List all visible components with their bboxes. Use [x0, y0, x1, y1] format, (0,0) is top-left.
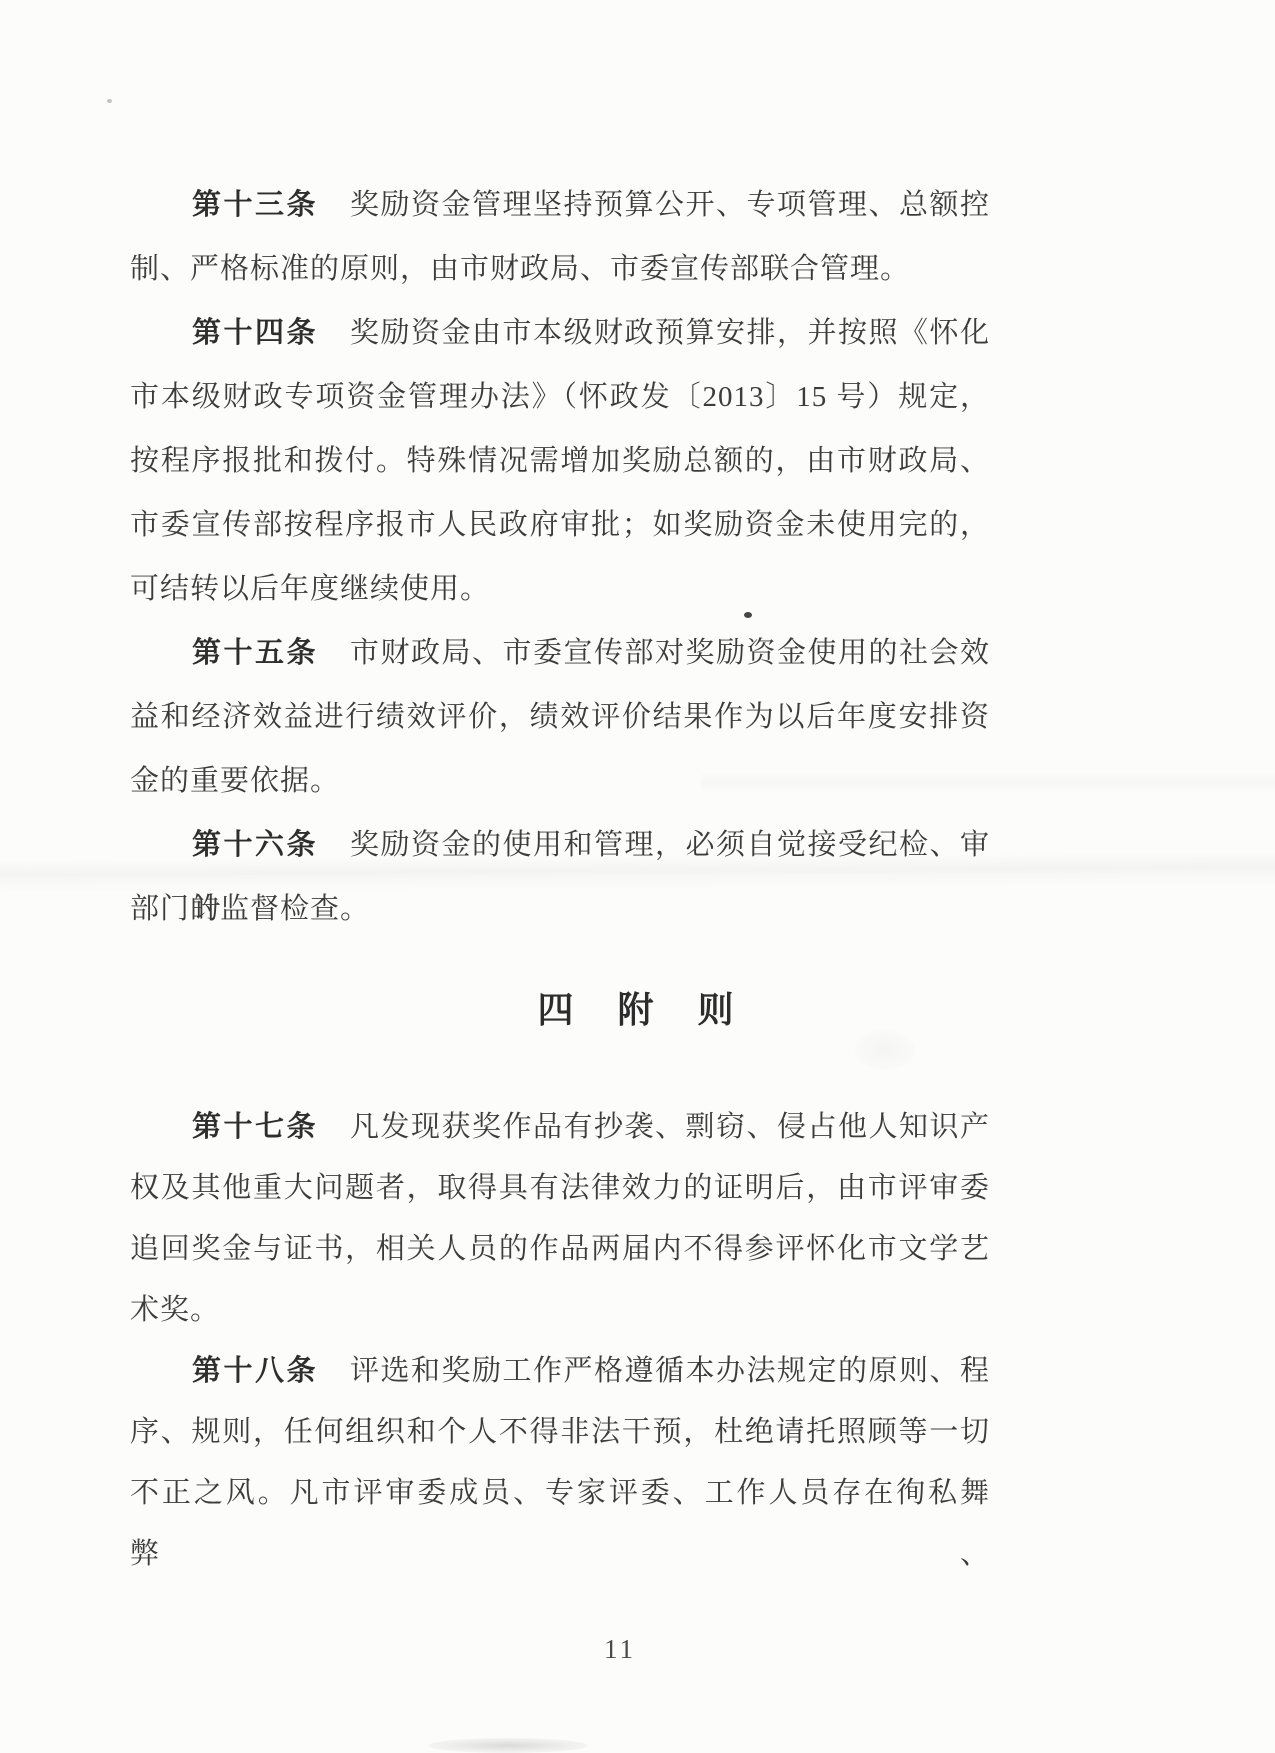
- scan-bottom-smudge: [428, 1738, 588, 1753]
- line-text: 凡发现获奖作品有抄袭、剽窃、侵占他人知识产: [350, 1111, 990, 1143]
- text-line: 第十五条市财政局、市委宣传部对奖励资金使用的社会效: [130, 621, 990, 685]
- text-line: 益和经济效益进行绩效评价，绩效评价结果作为以后年度安排资: [130, 685, 990, 749]
- scan-speck-artifact: [107, 99, 112, 103]
- line-text: 术奖。: [130, 1294, 220, 1326]
- line-text: 可结转以后年度继续使用。: [130, 573, 490, 605]
- article-number: 第十五条: [192, 637, 318, 669]
- line-text: 市委宣传部按程序报市人民政府审批；如奖励资金未使用完的，: [130, 509, 990, 541]
- body-text-upper: 第十三条奖励资金管理坚持预算公开、专项管理、总额控 制、严格标准的原则，由市财政…: [130, 173, 990, 941]
- line-text: 序、规则，任何组织和个人不得非法干预，杜绝请托照顾等一切: [130, 1416, 990, 1448]
- text-line: 市委宣传部按程序报市人民政府审批；如奖励资金未使用完的，: [130, 493, 990, 557]
- article-number: 第十四条: [192, 317, 318, 349]
- line-text: 按程序报批和拨付。特殊情况需增加奖励总额的，由市财政局、: [130, 445, 990, 477]
- text-line: 权及其他重大问题者，取得具有法律效力的证明后，由市评审委: [130, 1158, 990, 1219]
- line-text: 制、严格标准的原则，由市财政局、市委宣传部联合管理。: [130, 253, 910, 285]
- line-text: 奖励资金管理坚持预算公开、专项管理、总额控: [350, 189, 990, 221]
- line-text: 市财政局、市委宣传部对奖励资金使用的社会效: [350, 637, 990, 669]
- text-line: 部门的监督检查。: [130, 877, 990, 941]
- text-line: 第十六条奖励资金的使用和管理，必须自觉接受纪检、审计: [130, 813, 990, 877]
- page-number: 11: [0, 1634, 1240, 1665]
- line-text: 益和经济效益进行绩效评价，绩效评价结果作为以后年度安排资: [130, 701, 990, 733]
- text-line: 按程序报批和拨付。特殊情况需增加奖励总额的，由市财政局、: [130, 429, 990, 493]
- article-number: 第十八条: [192, 1355, 318, 1387]
- line-text: 金的重要依据。: [130, 765, 340, 797]
- text-line: 制、严格标准的原则，由市财政局、市委宣传部联合管理。: [130, 237, 990, 301]
- text-line: 序、规则，任何组织和个人不得非法干预，杜绝请托照顾等一切: [130, 1402, 990, 1463]
- article-number: 第十三条: [192, 189, 318, 221]
- line-text: 追回奖金与证书，相关人员的作品两届内不得参评怀化市文学艺: [130, 1233, 990, 1265]
- text-line: 第十四条奖励资金由市本级财政预算安排，并按照《怀化: [130, 301, 990, 365]
- text-line: 第十八条评选和奖励工作严格遵循本办法规定的原则、程: [130, 1341, 990, 1402]
- section-heading: 四 附 则: [0, 982, 1275, 1033]
- text-line: 第十三条奖励资金管理坚持预算公开、专项管理、总额控: [130, 173, 990, 237]
- article-number: 第十七条: [192, 1111, 318, 1143]
- line-text: 奖励资金由市本级财政预算安排，并按照《怀化: [350, 317, 990, 349]
- article-number: 第十六条: [192, 829, 318, 861]
- line-text: 权及其他重大问题者，取得具有法律效力的证明后，由市评审委: [130, 1172, 990, 1204]
- text-line: 金的重要依据。: [130, 749, 990, 813]
- line-text: 部门的监督检查。: [130, 893, 370, 925]
- line-text: 市本级财政专项资金管理办法》（怀政发〔2013〕15 号）规定，: [130, 381, 990, 413]
- text-line: 第十七条凡发现获奖作品有抄袭、剽窃、侵占他人知识产: [130, 1097, 990, 1158]
- text-line: 不正之风。凡市评审委成员、专家评委、工作人员存在徇私舞弊、: [130, 1463, 990, 1524]
- line-text: 不正之风。凡市评审委成员、专家评委、工作人员存在徇私舞弊、: [130, 1477, 990, 1570]
- line-text: 评选和奖励工作严格遵循本办法规定的原则、程: [350, 1355, 990, 1387]
- scan-smudge-artifact: [855, 1030, 915, 1070]
- text-line: 市本级财政专项资金管理办法》（怀政发〔2013〕15 号）规定，: [130, 365, 990, 429]
- body-text-lower: 第十七条凡发现获奖作品有抄袭、剽窃、侵占他人知识产 权及其他重大问题者，取得具有…: [130, 1097, 990, 1524]
- text-line: 术奖。: [130, 1280, 990, 1341]
- text-line: 追回奖金与证书，相关人员的作品两届内不得参评怀化市文学艺: [130, 1219, 990, 1280]
- text-line: 可结转以后年度继续使用。: [130, 557, 990, 621]
- scanned-document-page: 第十三条奖励资金管理坚持预算公开、专项管理、总额控 制、严格标准的原则，由市财政…: [0, 0, 1275, 1753]
